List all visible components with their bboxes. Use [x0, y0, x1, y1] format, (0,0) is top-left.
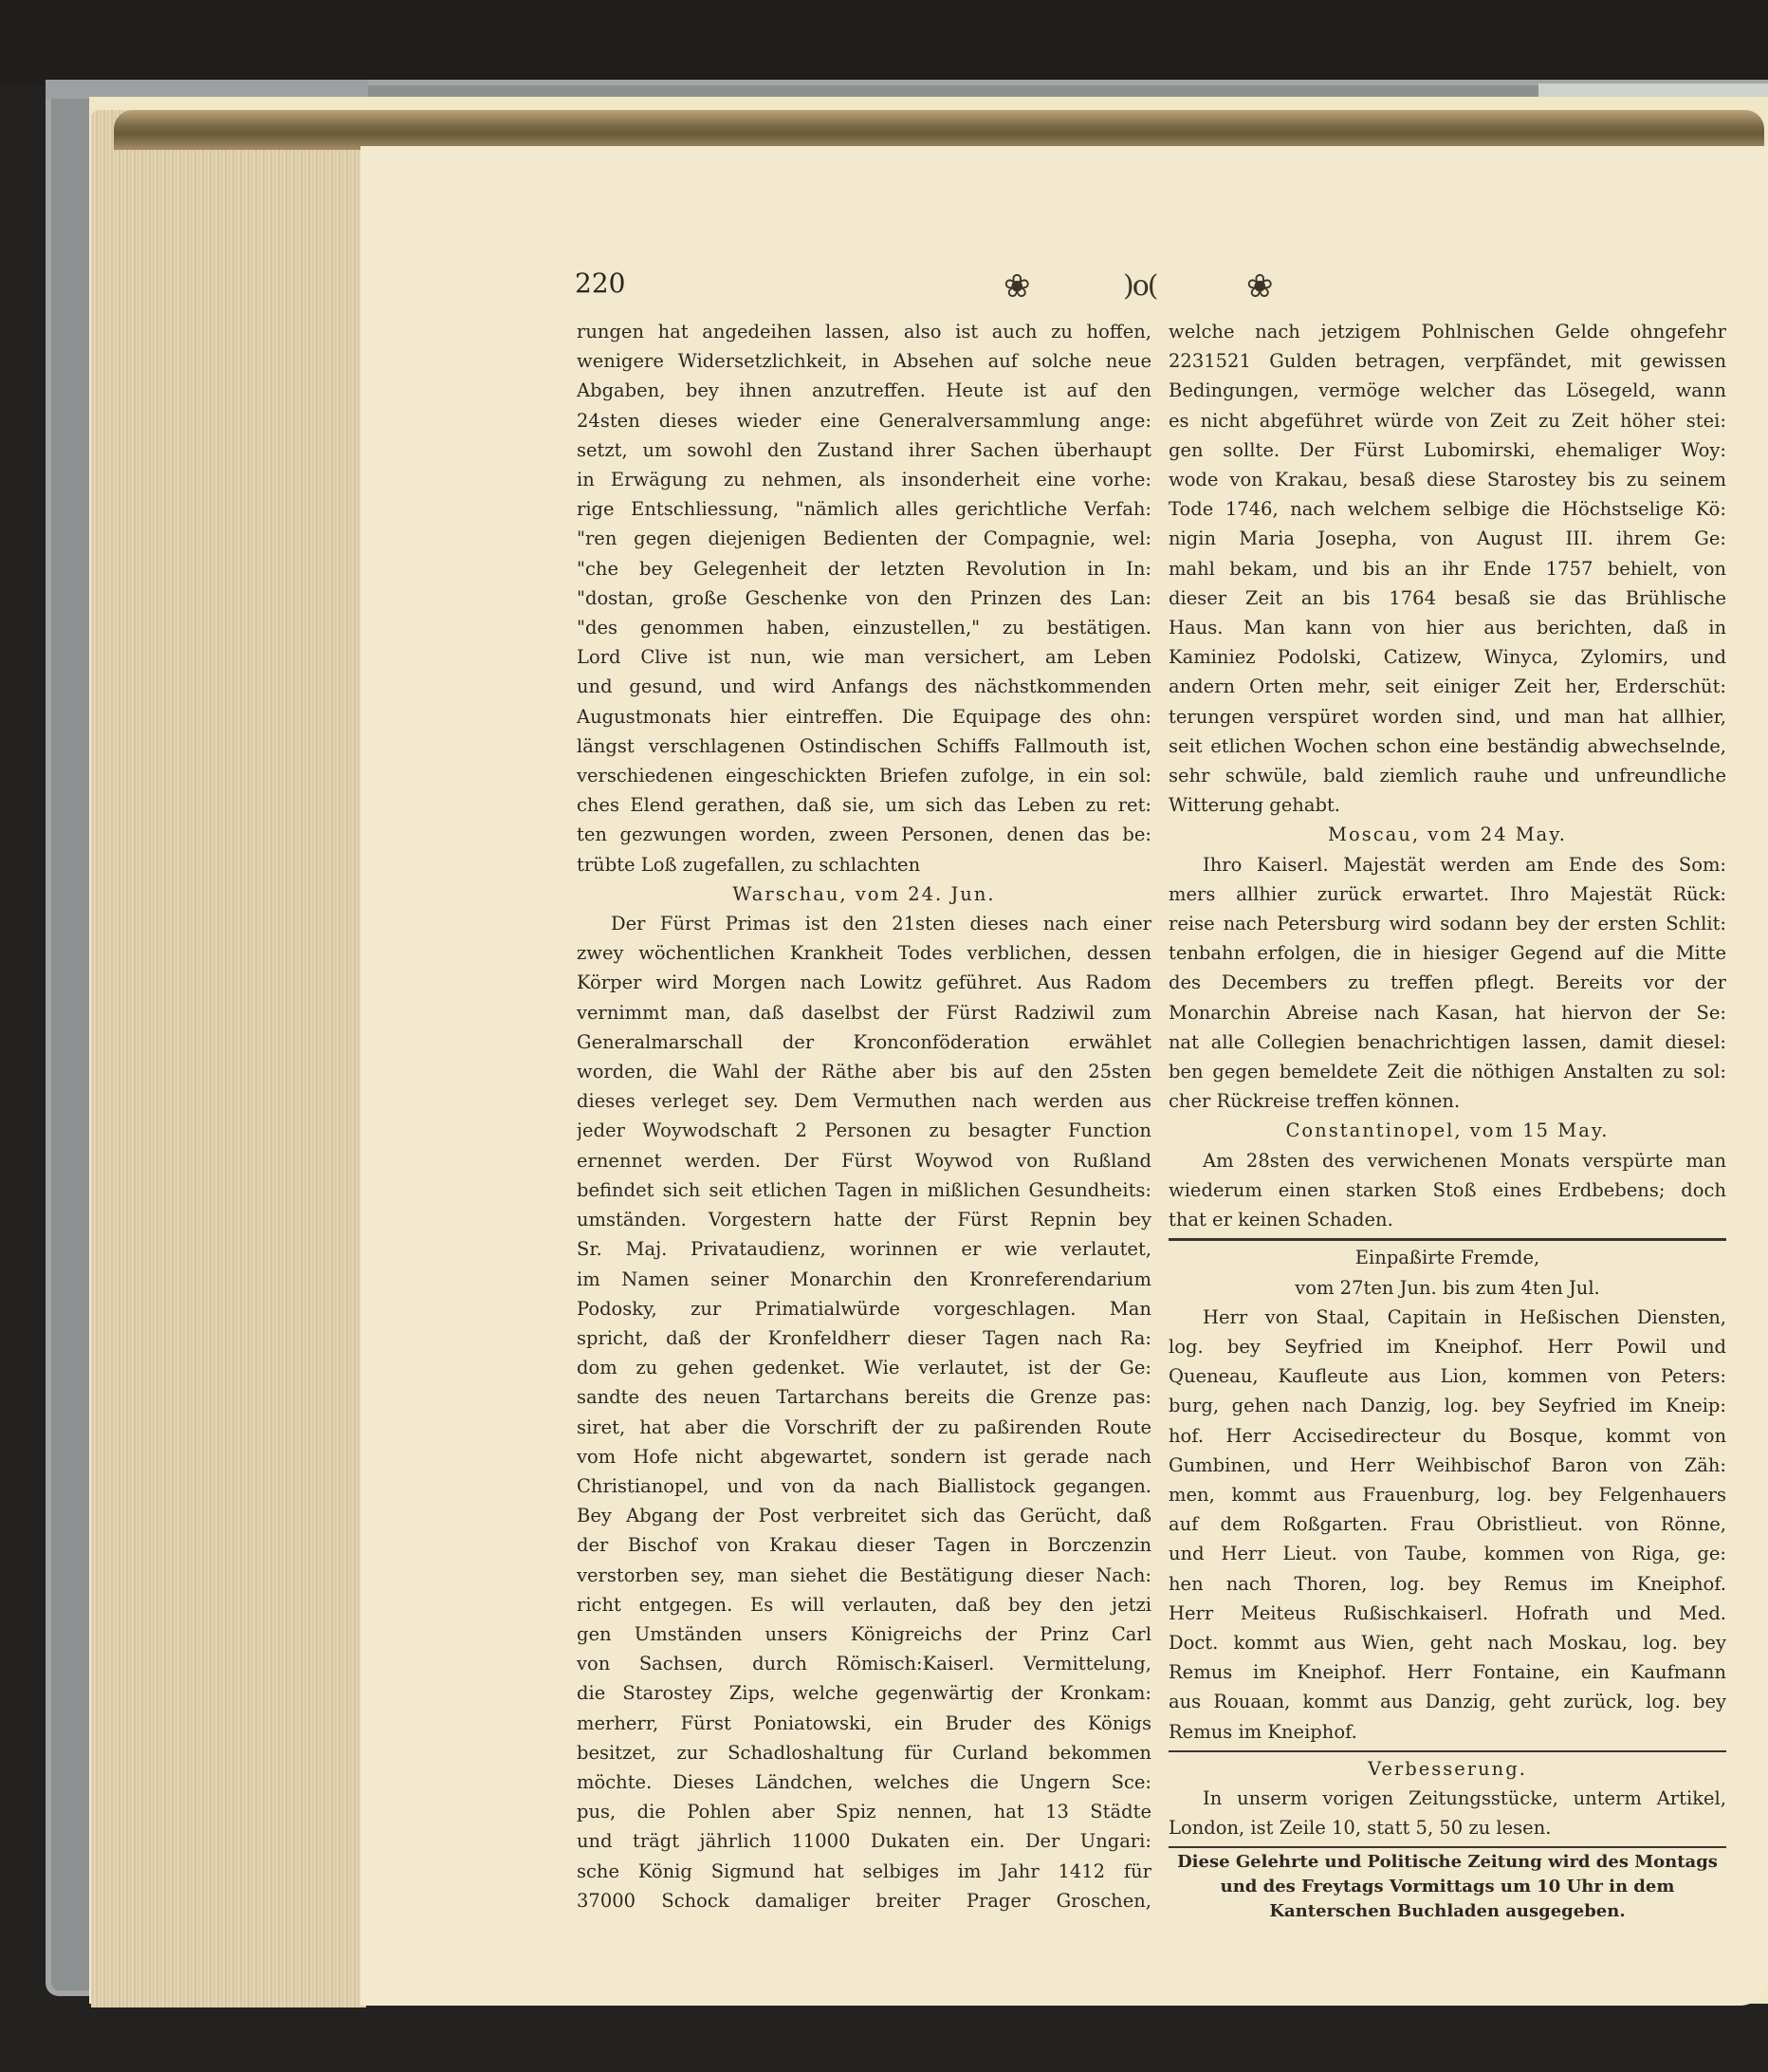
text-line: Queneau, Kaufleute aus Lion, kommen von …: [1169, 1361, 1726, 1391]
text-line: zwey wöchentlichen Krankheit Todes verbl…: [577, 938, 1151, 968]
text-line: auf dem Roßgarten. Frau Obristlieut. von…: [1169, 1509, 1726, 1539]
text-line: verschiedenen eingeschickten Briefen zuf…: [577, 761, 1151, 790]
text-line: cher Rückreise treffen können.: [1169, 1086, 1726, 1116]
text-line: Witterung gehabt.: [1169, 790, 1726, 820]
text-line: Generalmarschall der Kronconföderation e…: [577, 1027, 1151, 1057]
text-line: befindet sich seit etlichen Tagen in miß…: [577, 1175, 1151, 1205]
text-line: London, ist Zeile 10, statt 5, 50 zu les…: [1169, 1813, 1726, 1842]
text-line: dieses verleget sey. Dem Vermuthen nach …: [577, 1086, 1151, 1116]
background-top: [0, 0, 1768, 85]
text-line: vom Hofe nicht abgewartet, sondern ist g…: [577, 1442, 1151, 1471]
text-line: "che bey Gelegenheit der letzten Revolut…: [577, 554, 1151, 583]
text-line: wode von Krakau, besaß diese Starostey b…: [1169, 465, 1726, 494]
text-line: reise nach Petersburg wird sodann bey de…: [1169, 909, 1726, 938]
text-line: pus, die Pohlen aber Spiz nennen, hat 13…: [577, 1797, 1151, 1826]
text-line: Herr Meiteus Rußischkaiserl. Hofrath und…: [1169, 1599, 1726, 1628]
text-line: andern Orten mehr, seit einiger Zeit her…: [1169, 672, 1726, 701]
text-line: sandte des neuen Tartarchans bereits die…: [577, 1382, 1151, 1412]
notice-line: Diese Gelehrte und Politische Zeitung wi…: [1169, 1850, 1726, 1875]
page-top-edge: [114, 110, 1764, 150]
notice-line: Kanterschen Buchladen ausgegeben.: [1169, 1899, 1726, 1924]
text-line: Bey Abgang der Post verbreitet sich das …: [577, 1501, 1151, 1530]
text-line: men, kommt aus Frauenburg, log. bey Felg…: [1169, 1480, 1726, 1509]
text-line: ten gezwungen worden, zween Personen, de…: [577, 820, 1151, 849]
text-line: ben gegen bemeldete Zeit die nöthigen An…: [1169, 1057, 1726, 1086]
shell-ornament-icon: ❀: [1246, 268, 1274, 305]
text-line: Körper wird Morgen nach Lowitz geführet.…: [577, 968, 1151, 997]
text-line: welche nach jetzigem Pohlnischen Gelde o…: [1169, 317, 1726, 346]
fremde-heading: Einpaßirte Fremde,: [1169, 1243, 1726, 1272]
text-line: ernennet werden. Der Fürst Woywod von Ru…: [577, 1146, 1151, 1175]
text-line: verstorben sey, man siehet die Bestätigu…: [577, 1561, 1151, 1590]
text-line: und gesund, und wird Anfangs des nächstk…: [577, 672, 1151, 701]
text-line: Kaminiez Podolski, Catizew, Winyca, Zylo…: [1169, 642, 1726, 672]
page-stack-edge: [91, 110, 366, 2007]
text-line: möchte. Dieses Ländchen, welches die Ung…: [577, 1767, 1151, 1797]
notice-line: und des Freytags Vormittags um 10 Uhr in…: [1169, 1875, 1726, 1899]
dateline-warschau: Warschau, vom 24. Jun.: [577, 879, 1151, 909]
text-line: des Decembers zu treffen pflegt. Bereits…: [1169, 968, 1726, 997]
text-line: Herr von Staal, Capitain in Heßischen Di…: [1169, 1303, 1726, 1332]
text-line: mers allhier zurück erwartet. Ihro Majes…: [1169, 879, 1726, 909]
text-line: Bedingungen, vermöge welcher das Lösegel…: [1169, 376, 1726, 405]
fremde-subheading: vom 27ten Jun. bis zum 4ten Jul.: [1169, 1273, 1726, 1303]
section-divider: [1169, 1238, 1726, 1241]
text-line: besitzet, zur Schadloshaltung für Curlan…: [577, 1738, 1151, 1767]
text-line: Ihro Kaiserl. Majestät werden am Ende de…: [1169, 850, 1726, 879]
text-line: burg, gehen nach Danzig, log. bey Seyfri…: [1169, 1391, 1726, 1420]
text-line: gen Umständen unsers Königreichs der Pri…: [577, 1619, 1151, 1649]
text-line: richt entgegen. Es will verlauten, daß b…: [577, 1590, 1151, 1619]
text-line: 2231521 Gulden betragen, verpfändet, mit…: [1169, 346, 1726, 376]
text-line: und Herr Lieut. von Taube, kommen von Ri…: [1169, 1539, 1726, 1568]
london-continued: rungen hat angedeihen lassen, also ist a…: [577, 317, 1151, 879]
right-column: welche nach jetzigem Pohlnischen Gelde o…: [1169, 317, 1726, 1924]
text-line: setzt, um sowohl den Zustand ihrer Sache…: [577, 435, 1151, 465]
text-line: ches Elend gerathen, daß sie, um sich da…: [577, 790, 1151, 820]
text-line: spricht, daß der Kronfeldherr dieser Tag…: [577, 1323, 1151, 1353]
text-line: die Starostey Zips, welche gegenwärtig d…: [577, 1678, 1151, 1708]
text-line: Monarchin Abreise nach Kasan, hat hiervo…: [1169, 998, 1726, 1027]
text-line: jeder Woywodschaft 2 Personen zu besagte…: [577, 1116, 1151, 1145]
page-header: 220 ❀ )o( ❀: [575, 268, 1713, 305]
moscau-article: Moscau, vom 24 May. Ihro Kaiserl. Majest…: [1169, 820, 1726, 1116]
text-line: Remus im Kneiphof.: [1169, 1717, 1726, 1747]
text-line: von Sachsen, durch Römisch:Kaiserl. Verm…: [577, 1649, 1151, 1678]
text-line: wiederum einen starken Stoß eines Erdbeb…: [1169, 1175, 1726, 1205]
text-line: vernimmt man, daß daselbst der Fürst Rad…: [577, 998, 1151, 1027]
publication-notice: Diese Gelehrte und Politische Zeitung wi…: [1169, 1850, 1726, 1924]
text-line: Haus. Man kann von hier aus berichten, d…: [1169, 613, 1726, 642]
text-line: siret, hat aber die Vorschrift der zu pa…: [577, 1413, 1151, 1442]
text-line: hen nach Thoren, log. bey Remus im Kneip…: [1169, 1569, 1726, 1599]
text-line: umständen. Vorgestern hatte der Fürst Re…: [577, 1205, 1151, 1234]
center-ornament-icon: )o(: [1123, 269, 1156, 303]
text-line: dom zu gehen gedenket. Wie verlautet, is…: [577, 1353, 1151, 1382]
text-line: Am 28sten des verwichenen Monats verspür…: [1169, 1146, 1726, 1175]
text-line: sche König Sigmund hat selbiges im Jahr …: [577, 1857, 1151, 1886]
text-line: Christianopel, und von da nach Biallisto…: [577, 1471, 1151, 1501]
left-column: rungen hat angedeihen lassen, also ist a…: [577, 317, 1151, 1915]
text-line: aus Rouaan, kommt aus Danzig, geht zurüc…: [1169, 1687, 1726, 1716]
text-line: Podosky, zur Primatialwürde vorgeschlage…: [577, 1294, 1151, 1323]
text-line: rungen hat angedeihen lassen, also ist a…: [577, 317, 1151, 346]
verbesserung-heading: Verbesserung.: [1169, 1754, 1726, 1784]
text-line: längst verschlagenen Ostindischen Schiff…: [577, 731, 1151, 761]
text-line: Remus im Kneiphof. Herr Fontaine, ein Ka…: [1169, 1657, 1726, 1687]
text-line: im Namen seiner Monarchin den Kronrefere…: [577, 1265, 1151, 1294]
text-line: mahl bekam, und bis an ihr Ende 1757 beh…: [1169, 554, 1726, 583]
text-line: Lord Clive ist nun, wie man versichert, …: [577, 642, 1151, 672]
text-line: Abgaben, bey ihnen anzutreffen. Heute is…: [577, 376, 1151, 405]
dateline-constantinopel: Constantinopel, vom 15 May.: [1169, 1116, 1726, 1145]
text-line: rige Entschliessung, "nämlich alles geri…: [577, 494, 1151, 524]
text-line: Sr. Maj. Privataudienz, worinnen er wie …: [577, 1234, 1151, 1264]
shell-ornament-icon: ❀: [1004, 268, 1031, 305]
constantinopel-article: Constantinopel, vom 15 May. Am 28sten de…: [1169, 1116, 1726, 1234]
text-line: seit etlichen Wochen schon eine beständi…: [1169, 731, 1726, 761]
dateline-moscau: Moscau, vom 24 May.: [1169, 820, 1726, 849]
text-line: tenbahn erfolgen, die in hiesiger Gegend…: [1169, 938, 1726, 968]
text-line: in Erwägung zu nehmen, als insonderheit …: [577, 465, 1151, 494]
text-line: dieser Zeit an bis 1764 besaß sie das Br…: [1169, 583, 1726, 613]
text-line: Doct. kommt aus Wien, geht nach Moskau, …: [1169, 1628, 1726, 1657]
text-line: nat alle Collegien benachrichtigen lasse…: [1169, 1027, 1726, 1057]
text-line: der Bischof von Krakau dieser Tagen in B…: [577, 1530, 1151, 1560]
section-divider: [1169, 1750, 1726, 1752]
text-line: Der Fürst Primas ist den 21sten dieses n…: [577, 909, 1151, 938]
text-line: "des genommen haben, einzustellen," zu b…: [577, 613, 1151, 642]
warschau-continued: welche nach jetzigem Pohlnischen Gelde o…: [1169, 317, 1726, 820]
text-line: "dostan, große Geschenke von den Prinzen…: [577, 583, 1151, 613]
text-line: und trägt jährlich 11000 Dukaten ein. De…: [577, 1826, 1151, 1856]
warschau-article: Warschau, vom 24. Jun. Der Fürst Primas …: [577, 879, 1151, 1915]
fremde-section: Einpaßirte Fremde, vom 27ten Jun. bis zu…: [1169, 1243, 1726, 1746]
text-line: worden, die Wahl der Räthe aber bis auf …: [577, 1057, 1151, 1086]
text-line: Augustmonats hier eintreffen. Die Equipa…: [577, 702, 1151, 731]
text-line: In unserm vorigen Zeitungsstücke, unterm…: [1169, 1784, 1726, 1813]
text-line: 37000 Schock damaliger breiter Prager Gr…: [577, 1886, 1151, 1915]
text-line: gen sollte. Der Fürst Lubomirski, ehemal…: [1169, 435, 1726, 465]
text-line: terungen verspüret worden sind, und man …: [1169, 702, 1726, 731]
text-line: Gumbinen, und Herr Weihbischof Baron von…: [1169, 1451, 1726, 1480]
text-line: sehr schwüle, bald ziemlich rauhe und un…: [1169, 761, 1726, 790]
text-line: "ren gegen diejenigen Bedienten der Comp…: [577, 524, 1151, 553]
text-line: 24sten dieses wieder eine Generalversamm…: [577, 406, 1151, 435]
text-line: hof. Herr Accisedirecteur du Bosque, kom…: [1169, 1421, 1726, 1451]
text-line: es nicht abgeführet würde von Zeit zu Ze…: [1169, 406, 1726, 435]
verbesserung-section: Verbesserung. In unserm vorigen Zeitungs…: [1169, 1754, 1726, 1843]
section-divider: [1169, 1846, 1726, 1848]
text-line: that er keinen Schaden.: [1169, 1205, 1726, 1234]
text-line: log. bey Seyfried im Kneiphof. Herr Powi…: [1169, 1332, 1726, 1361]
text-line: Tode 1746, nach welchem selbige die Höch…: [1169, 494, 1726, 524]
text-line: nigin Maria Josepha, von August III. ihr…: [1169, 524, 1726, 553]
text-line: merherr, Fürst Poniatowski, ein Bruder d…: [577, 1709, 1151, 1738]
page-number: 220: [575, 268, 625, 299]
text-line: wenigere Widersetzlichkeit, in Absehen a…: [577, 346, 1151, 376]
cover-edge: [46, 80, 368, 99]
text-line: trübte Loß zugefallen, zu schlachten: [577, 850, 1151, 879]
